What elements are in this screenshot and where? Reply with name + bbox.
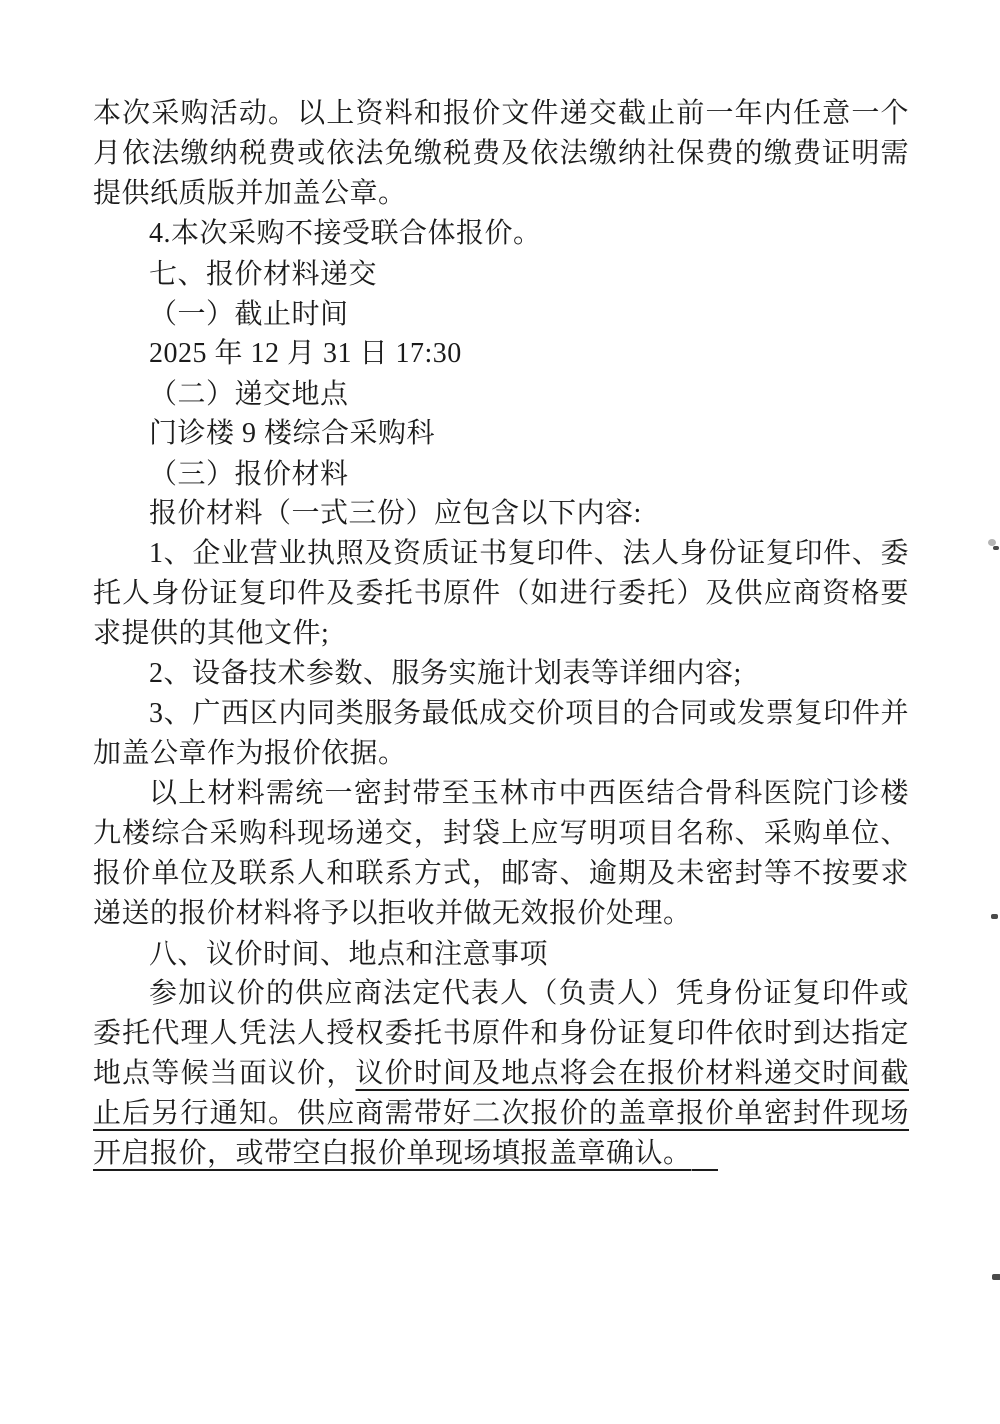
section8-heading: 八、议价时间、地点和注意事项: [93, 934, 909, 974]
section7-deadline-label: （一）截止时间: [93, 294, 909, 334]
section7-materials-item-1: 1、企业营业执照及资质证书复印件、法人身份证复印件、委托人身份证复印件及委托书原…: [93, 534, 909, 654]
intro-item-4: 4.本次采购不接受联合体报价。: [93, 214, 909, 254]
section7-location-value: 门诊楼 9 楼综合采购科: [93, 414, 909, 454]
scan-artifact: [991, 914, 998, 919]
underline-tail: [692, 1169, 718, 1171]
document-page: 本次采购活动。以上资料和报价文件递交截止前一年内任意一个月依法缴纳税费或依法免缴…: [0, 0, 1000, 1424]
intro-paragraph: 本次采购活动。以上资料和报价文件递交截止前一年内任意一个月依法缴纳税费或依法免缴…: [93, 94, 909, 214]
scan-artifact: [992, 1274, 1000, 1280]
document-body: 本次采购活动。以上资料和报价文件递交截止前一年内任意一个月依法缴纳税费或依法免缴…: [93, 94, 909, 1174]
section7-materials-intro: 报价材料（一式三份）应包含以下内容:: [93, 494, 909, 534]
section7-deadline-value: 2025 年 12 月 31 日 17:30: [93, 334, 909, 374]
section7-materials-item-2: 2、设备技术参数、服务实施计划表等详细内容;: [93, 654, 909, 694]
section7-materials-note: 以上材料需统一密封带至玉林市中西医结合骨科医院门诊楼九楼综合采购科现场递交，封袋…: [93, 774, 909, 934]
section8-paragraph: 参加议价的供应商法定代表人（负责人）凭身份证复印件或委托代理人凭法人授权委托书原…: [93, 974, 909, 1174]
section7-materials-item-3: 3、广西区内同类服务最低成交价项目的合同或发票复印件并加盖公章作为报价依据。: [93, 694, 909, 774]
section7-heading: 七、报价材料递交: [93, 254, 909, 294]
section7-location-label: （二）递交地点: [93, 374, 909, 414]
scan-artifact: [993, 546, 999, 550]
scan-artifact: [988, 539, 996, 546]
section7-materials-label: （三）报价材料: [93, 454, 909, 494]
